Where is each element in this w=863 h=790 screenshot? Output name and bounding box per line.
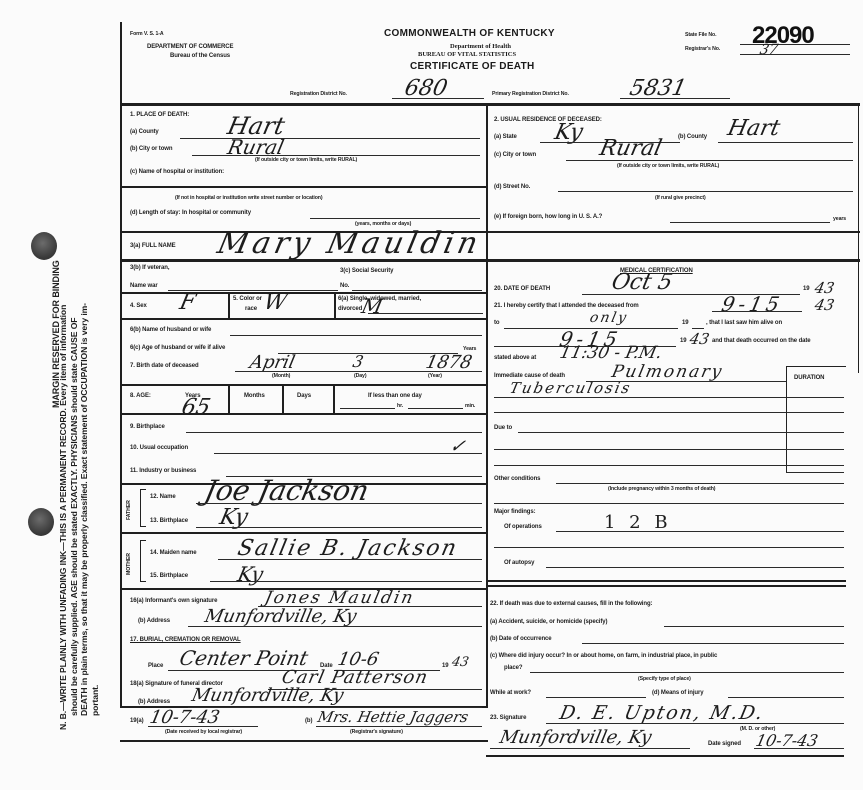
sex-row-top bbox=[120, 292, 487, 294]
form-left-border bbox=[120, 22, 122, 708]
physician-address-value: Munfordville, Ky bbox=[498, 727, 654, 748]
physician-signature-label: 23. Signature bbox=[490, 715, 526, 721]
autopsy-line bbox=[546, 567, 844, 568]
father-brace bbox=[140, 489, 146, 527]
informant-address-value: Munfordville, Ky bbox=[203, 606, 359, 627]
form-number: Form V. S. 1-A bbox=[130, 31, 164, 37]
last-seen-label: , that I last saw him alive on bbox=[706, 320, 782, 326]
occupation-line bbox=[214, 453, 482, 454]
residence-city-value: Rural bbox=[597, 136, 664, 161]
informant-signature-label: 16(a) Informant's own signature bbox=[130, 598, 217, 604]
dept-health: Department of Health bbox=[450, 43, 511, 50]
spouse-name-label: 6(b) Name of husband or wife bbox=[130, 327, 211, 333]
place-line bbox=[530, 672, 844, 673]
binding-punch-hole-bottom bbox=[28, 508, 54, 536]
length-of-stay-line bbox=[310, 218, 480, 219]
father-birthplace-label: 13. Birthplace bbox=[150, 518, 188, 524]
birth-date-label: 7. Birth date of deceased bbox=[130, 363, 199, 369]
operations-label: Of operations bbox=[504, 524, 542, 530]
accident-label: (a) Accident, suicide, or homicide (spec… bbox=[490, 619, 607, 625]
birth-month: April bbox=[248, 352, 297, 373]
sex-value: F bbox=[177, 290, 198, 315]
registrar-signature-line bbox=[316, 726, 482, 727]
place-note: (Specify type of place) bbox=[638, 676, 691, 682]
mother-name-line bbox=[218, 559, 482, 560]
hours-line bbox=[340, 408, 395, 409]
to-year-line bbox=[692, 328, 704, 329]
hospital-divider bbox=[120, 186, 487, 188]
duration-bottom-line bbox=[786, 472, 844, 473]
other-conditions-line-2 bbox=[494, 503, 844, 504]
foreign-born-label: (e) If foreign born, how long in U. S. A… bbox=[494, 214, 602, 220]
hospital-note: (If not in hospital or institution write… bbox=[175, 195, 322, 201]
binding-punch-hole-top bbox=[31, 232, 57, 260]
date-received-label: 19(a) bbox=[130, 718, 144, 724]
where-injury-label: (c) Where did injury occur? In or about … bbox=[490, 653, 717, 659]
race-label-1: 5. Color or bbox=[233, 296, 262, 302]
occupation-label: 10. Usual occupation bbox=[130, 445, 188, 451]
length-of-stay-label: (d) Length of stay: In hospital or commu… bbox=[130, 210, 251, 216]
other-conditions-label: Other conditions bbox=[494, 476, 540, 482]
birth-year-caption: (Year) bbox=[428, 373, 442, 379]
date-of-death-label: 20. DATE OF DEATH bbox=[494, 286, 550, 292]
time-of-death-value: 11:30 - P.M. bbox=[558, 343, 664, 363]
sex-label: 4. Sex bbox=[130, 303, 147, 309]
hours-label: hr. bbox=[397, 403, 403, 409]
residence-street-label: (d) Street No. bbox=[494, 184, 530, 190]
father-name-label: 12. Name bbox=[150, 494, 176, 500]
date-of-death-value: Oct 5 bbox=[609, 270, 675, 295]
industry-label: 11. Industry or business bbox=[130, 468, 196, 474]
registrar-signature-value: Mrs. Hettie Jaggers bbox=[316, 708, 470, 726]
external-heading: 22. If death was due to external causes,… bbox=[490, 601, 652, 607]
attended-from-year: 43 bbox=[813, 296, 836, 314]
birth-day: 3 bbox=[351, 352, 365, 371]
header-divider bbox=[120, 103, 860, 106]
informant-signature-value: Jones Mauldin bbox=[263, 588, 417, 608]
due-to-label: Due to bbox=[494, 425, 512, 431]
age-months-divider bbox=[282, 384, 284, 414]
foreign-born-unit: years bbox=[833, 216, 846, 222]
immediate-cause-value-2: Tuberculosis bbox=[508, 379, 633, 397]
residence-street-line bbox=[558, 191, 853, 192]
name-row-divider bbox=[120, 259, 860, 262]
informant-address-label: (b) Address bbox=[138, 618, 170, 624]
commonwealth-title: COMMONWEALTH OF KENTUCKY bbox=[384, 28, 555, 39]
registrar-no-label: Registrar's No. bbox=[685, 46, 720, 52]
father-birthplace-line bbox=[196, 527, 482, 528]
birth-day-caption: (Day) bbox=[354, 373, 366, 379]
residence-heading: 2. USUAL RESIDENCE OF DECEASED: bbox=[494, 117, 602, 123]
bureau-vital-statistics: BUREAU OF VITAL STATISTICS bbox=[418, 51, 516, 58]
race-label-2: race bbox=[245, 306, 257, 312]
external-bottom-line bbox=[486, 755, 844, 757]
place-label: place? bbox=[504, 665, 522, 671]
residence-city-line bbox=[566, 160, 853, 161]
state-file-line bbox=[740, 44, 850, 45]
burial-place-label: Place bbox=[148, 663, 163, 669]
less-than-day-label: If less than one day bbox=[368, 393, 422, 399]
state-file-label: State File No. bbox=[685, 32, 716, 38]
operations-line bbox=[556, 531, 844, 532]
other-conditions-note: (Include pregnancy within 3 months of de… bbox=[608, 486, 715, 492]
mother-brace bbox=[140, 540, 146, 582]
physician-address-line bbox=[490, 748, 690, 749]
director-address-label: (b) Address bbox=[138, 699, 170, 705]
age-days-divider bbox=[333, 384, 335, 414]
residence-city-label: (c) City or town bbox=[494, 152, 536, 158]
death-city-label: (b) City or town bbox=[130, 146, 172, 152]
marital-value: M bbox=[359, 294, 385, 318]
spouse-name-line bbox=[230, 335, 482, 336]
residence-state-label: (a) State bbox=[494, 134, 517, 140]
major-findings-label: Major findings: bbox=[494, 509, 536, 515]
burial-year-value: 43 bbox=[450, 655, 470, 670]
primary-district-label: Primary Registration District No. bbox=[492, 91, 569, 97]
registration-district-label: Registration District No. bbox=[290, 91, 347, 97]
residence-city-note: (If outside city or town limits, write R… bbox=[617, 163, 719, 169]
operations-value: 1 2 B bbox=[604, 512, 672, 533]
burial-heading: 17. BURIAL, CREMATION OR REMOVAL bbox=[130, 637, 241, 643]
ssn-no-label: No. bbox=[340, 283, 349, 289]
at-work-line bbox=[546, 697, 646, 698]
mother-name-label: 14. Maiden name bbox=[150, 550, 197, 556]
occurred-label: and that death occurred on the date bbox=[712, 338, 811, 344]
death-city-note: (If outside city or town limits, write R… bbox=[255, 157, 357, 163]
minutes-line bbox=[408, 408, 463, 409]
mother-birthplace-line bbox=[210, 581, 482, 582]
bureau-census: Bureau of the Census bbox=[170, 53, 230, 59]
date-received-line bbox=[148, 726, 258, 727]
physician-signature-line bbox=[546, 723, 844, 724]
due-to-line-3 bbox=[494, 465, 844, 466]
date-received-value: 10-7-43 bbox=[148, 707, 222, 728]
ssn-label: 3(c) Social Security bbox=[340, 268, 393, 274]
age-row-top bbox=[120, 384, 487, 386]
autopsy-label: Of autopsy bbox=[504, 560, 534, 566]
marital-label-2: divorced bbox=[338, 306, 362, 312]
other-conditions-line bbox=[556, 483, 844, 484]
burial-year-prefix: 19 bbox=[442, 663, 448, 669]
date-signed-line bbox=[754, 748, 844, 749]
veteran-label: 3(b) If veteran, bbox=[130, 265, 169, 271]
accident-line bbox=[664, 626, 844, 627]
form-right-border bbox=[858, 103, 859, 373]
due-to-line-1 bbox=[518, 432, 844, 433]
last-seen-year: 43 bbox=[688, 330, 711, 348]
registrar-no-line bbox=[740, 54, 850, 55]
occurrence-date-line bbox=[582, 643, 844, 644]
director-address-value: Munfordville, Ky bbox=[190, 685, 346, 706]
spouse-age-label: 6(c) Age of husband or wife if alive bbox=[130, 345, 225, 351]
mother-birthplace-label: 15. Birthplace bbox=[150, 573, 188, 579]
occurrence-date-label: (b) Date of occurrence bbox=[490, 636, 551, 642]
primary-district-line bbox=[620, 98, 730, 99]
form-bottom-line bbox=[120, 740, 488, 742]
external-top-2 bbox=[486, 585, 846, 587]
registrar-signature-caption: (Registrar's signature) bbox=[350, 729, 403, 735]
race-marital-divider bbox=[334, 292, 336, 319]
birth-month-caption: (Month) bbox=[272, 373, 290, 379]
form-center-divider bbox=[486, 103, 488, 708]
at-work-label: While at work? bbox=[490, 690, 531, 696]
operations-line-2 bbox=[494, 547, 844, 548]
margin-instructions: N. B.—WRITE PLAINLY WITH UNFADING INK—TH… bbox=[58, 10, 100, 730]
hospital-label: (c) Name of hospital or institution: bbox=[130, 169, 224, 175]
full-name-value: Mary Mauldin bbox=[214, 226, 485, 261]
age-days-label: Days bbox=[297, 393, 311, 399]
age-years-value: 65 bbox=[179, 395, 212, 420]
informant-address-line bbox=[188, 626, 482, 627]
parents-mid bbox=[120, 532, 487, 534]
last-seen-year-prefix: 19 bbox=[680, 338, 686, 344]
age-row-bottom bbox=[120, 413, 487, 415]
physician-signature-value: D. E. Upton, M.D. bbox=[558, 702, 767, 724]
birth-date-line bbox=[235, 371, 482, 372]
due-to-line-2 bbox=[494, 449, 844, 450]
place-of-death-heading: 1. PLACE OF DEATH: bbox=[130, 112, 189, 118]
attended-label: 21. I hereby certify that I attended the… bbox=[494, 303, 639, 309]
attended-to-value: only bbox=[588, 310, 629, 326]
marital-line bbox=[368, 313, 483, 314]
birthplace-label: 9. Birthplace bbox=[130, 424, 165, 430]
date-signed-label: Date signed bbox=[708, 741, 741, 747]
dept-commerce: DEPARTMENT OF COMMERCE bbox=[147, 44, 233, 50]
residence-county-line bbox=[718, 142, 853, 143]
attended-from-line bbox=[712, 311, 802, 312]
father-name-line bbox=[196, 503, 482, 504]
stated-above-label: stated above at bbox=[494, 355, 536, 361]
age-years-divider bbox=[228, 384, 230, 414]
external-top-1 bbox=[486, 580, 846, 582]
sex-race-divider bbox=[228, 292, 230, 319]
date-received-caption: (Date received by local registrar) bbox=[165, 729, 242, 735]
minutes-label: min. bbox=[465, 403, 475, 409]
full-name-label: 3(a) FULL NAME bbox=[130, 243, 176, 249]
to-year-prefix: 19 bbox=[682, 320, 688, 326]
mother-birthplace-value: Ky bbox=[235, 562, 265, 586]
registration-district-line bbox=[392, 98, 484, 99]
death-county-line bbox=[180, 138, 480, 139]
means-of-injury-line bbox=[728, 697, 844, 698]
registrar-signature-label: (b) bbox=[305, 718, 312, 724]
race-value: W bbox=[261, 290, 289, 315]
means-of-injury-label: (d) Means of injury bbox=[652, 690, 703, 696]
date-of-death-year: 43 bbox=[813, 279, 836, 297]
death-county-label: (a) County bbox=[130, 129, 159, 135]
date-of-death-year-prefix: 19 bbox=[803, 286, 809, 292]
mother-name-value: Sallie B. Jackson bbox=[235, 536, 460, 561]
registrar-no-value: 37 bbox=[758, 42, 779, 58]
residence-county-label: (b) County bbox=[678, 134, 707, 140]
mother-side-label: MOTHER bbox=[126, 553, 132, 575]
duration-box bbox=[786, 366, 846, 472]
attended-from-value: 9-15 bbox=[719, 292, 785, 316]
to-label: to bbox=[494, 320, 499, 326]
sex-row-bottom bbox=[120, 318, 487, 320]
duration-label: DURATION bbox=[794, 375, 824, 381]
birth-year: 1878 bbox=[424, 352, 474, 373]
age-months-label: Months bbox=[244, 393, 265, 399]
father-side-label: FATHER bbox=[126, 500, 132, 520]
certificate-title: CERTIFICATE OF DEATH bbox=[410, 61, 535, 72]
foreign-born-line bbox=[670, 222, 830, 223]
ssn-line bbox=[352, 290, 482, 291]
death-city-line bbox=[192, 155, 480, 156]
residence-county-value: Hart bbox=[725, 116, 782, 141]
age-label: 8. AGE: bbox=[130, 393, 151, 399]
residence-street-note: (If rural give precinct) bbox=[655, 195, 706, 201]
war-label: Name war bbox=[130, 283, 158, 289]
birthplace-line bbox=[186, 432, 482, 433]
